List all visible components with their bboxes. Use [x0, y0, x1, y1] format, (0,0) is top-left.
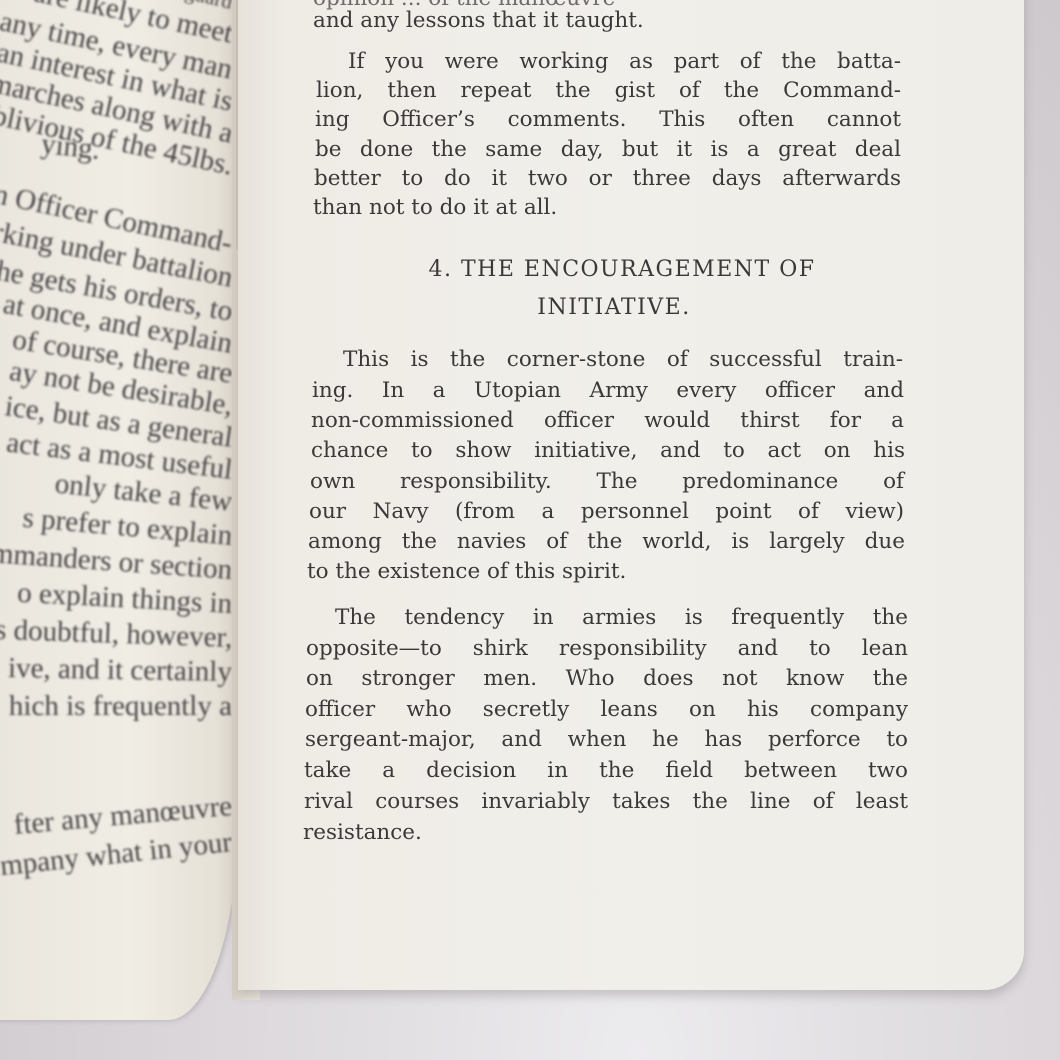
- text-line: ing Officer’s comments. This often canno…: [315, 105, 901, 135]
- text-line: officer who secretly leans on his compan…: [305, 695, 908, 725]
- text-line: take a decision in the field between two: [304, 756, 908, 786]
- text-line: among the navies of the world, is largel…: [308, 527, 905, 557]
- left-page: certain enced guard are likely to meet a…: [0, 0, 238, 1020]
- text-line: and any lessons that it taught.: [313, 6, 901, 36]
- left-line: s doubtful, however,: [0, 616, 233, 653]
- text-line: lion, then repeat the gist of the Comman…: [316, 76, 901, 106]
- text-line: If you were working as part of the batta…: [348, 47, 901, 77]
- text-line: than not to do it at all.: [313, 193, 901, 223]
- text-line: rival courses invariably takes the line …: [304, 787, 908, 817]
- text-line: opposite—to shirk responsibility and to …: [306, 634, 908, 664]
- text-line: The tendency in armies is frequently the: [335, 603, 908, 633]
- left-line: ying.: [40, 130, 102, 165]
- text-line: ing. In a Utopian Army every officer and: [312, 376, 904, 406]
- text-line: our Navy (from a personnel point of view…: [309, 497, 904, 527]
- text-line: be done the same day, but it is a great …: [315, 135, 901, 165]
- text-line: chance to show initiative, and to act on…: [311, 436, 905, 466]
- text-line: This is the corner-stone of successful t…: [343, 345, 903, 375]
- text-line: own responsibility. The predominance of: [310, 467, 904, 497]
- text-line: on stronger men. Who does not know the: [306, 664, 908, 694]
- section-heading: 4. THE ENCOURAGEMENT OF: [323, 257, 921, 282]
- section-heading: INITIATIVE.: [315, 295, 913, 320]
- text-line: non-commissioned officer would thirst fo…: [311, 406, 904, 436]
- text-line: sergeant-major, and when he has perforce…: [305, 725, 908, 755]
- left-line: hich is frequently a: [9, 692, 232, 721]
- text-line: resistance.: [303, 818, 891, 848]
- left-line: ive, and it certainly: [8, 654, 232, 687]
- text-line: better to do it two or three days afterw…: [314, 164, 901, 194]
- text-line: to the existence of this spirit.: [307, 557, 895, 587]
- left-line: o explain things in: [16, 579, 232, 619]
